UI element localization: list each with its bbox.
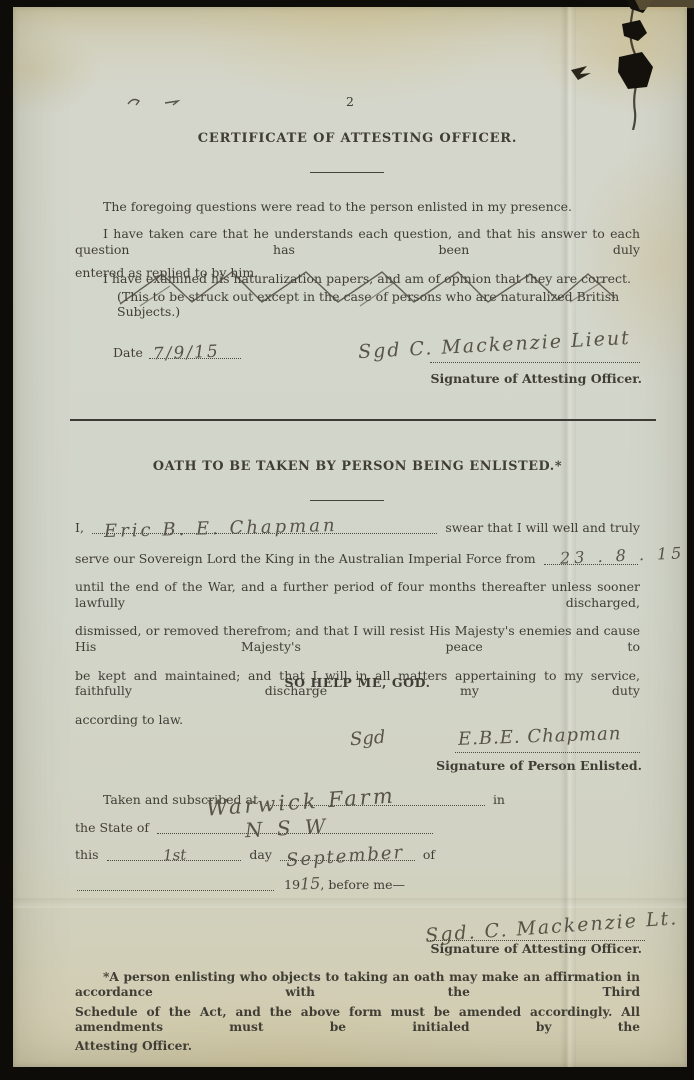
title-rule xyxy=(310,172,384,173)
page-number: 2 xyxy=(13,94,687,110)
day-label: day xyxy=(249,847,272,863)
footnote-line1: *A person enlisting who objects to takin… xyxy=(75,970,640,1001)
year-printed: 19 xyxy=(284,877,300,893)
officer-signature2-label: Signature of Attesting Officer. xyxy=(431,941,643,957)
year-row: 19 15 , before me— xyxy=(75,874,405,893)
state-label: the State of xyxy=(75,820,149,836)
year-fill xyxy=(75,878,276,893)
oath-serve-text: serve our Sovereign Lord the King in the… xyxy=(75,551,536,567)
paragraph-care-line1: I have taken care that he understands ea… xyxy=(75,226,640,257)
date-label: Date xyxy=(113,345,143,361)
strikeout-scribble xyxy=(110,262,640,310)
name-fill: Eric B. E. Chapman xyxy=(90,521,439,536)
day-month-row: this 1st day September of xyxy=(75,847,435,863)
oath-line-serve: serve our Sovereign Lord the King in the… xyxy=(75,551,640,567)
year-dotted-line xyxy=(77,890,274,891)
state-row: the State of N S W xyxy=(75,820,435,836)
certificate-title: CERTIFICATE OF ATTESTING OFFICER. xyxy=(75,131,640,147)
taken-row: Taken and subscribed at Warwick Farm in xyxy=(75,792,505,808)
officer-signature-label: Signature of Attesting Officer. xyxy=(431,371,643,387)
state-fill: N S W xyxy=(155,821,435,836)
footnote-line3: Attesting Officer. xyxy=(75,1039,640,1054)
section-divider-rule xyxy=(70,419,656,421)
oath-body-line2: dismissed, or removed therefrom; and tha… xyxy=(75,623,640,654)
oath-line-opening: I, Eric B. E. Chapman swear that I will … xyxy=(75,520,640,536)
oath-body: until the end of the War, and a further … xyxy=(75,579,640,727)
day-handwritten: 1st xyxy=(162,845,186,864)
officer-signature-dotted-line xyxy=(430,362,640,363)
date-row: Date 7/9/15 xyxy=(113,345,243,361)
so-help-me-god: SO HELP ME, GOD. xyxy=(75,675,640,691)
before-me-text: , before me— xyxy=(320,877,405,893)
taken-suffix: in xyxy=(493,792,505,808)
from-date-fill: 23 . 8 . 15 xyxy=(542,552,640,567)
paragraph-presence: The foregoing questions were read to the… xyxy=(75,199,640,215)
scanned-document-page: 2 CERTIFICATE OF ATTESTING OFFICER. The … xyxy=(0,0,694,1080)
date-fill: 7/9/15 xyxy=(147,346,243,361)
oath-title-rule xyxy=(310,500,384,501)
of-label: of xyxy=(423,847,435,863)
footnote-line2: Schedule of the Act, and the above form … xyxy=(75,1005,640,1036)
sgd-handwritten: Sgd xyxy=(349,727,386,750)
state-handwritten: N S W xyxy=(244,813,330,841)
month-fill: September xyxy=(278,848,417,863)
taken-fill: Warwick Farm xyxy=(264,793,487,808)
oath-title: OATH TO BE TAKEN BY PERSON BEING ENLISTE… xyxy=(75,459,640,475)
person-signature-label: Signature of Person Enlisted. xyxy=(436,758,642,774)
person-signature-dotted-line xyxy=(455,752,640,753)
year-handwritten: 15 xyxy=(300,874,321,894)
oath-body-line1: until the end of the War, and a further … xyxy=(75,579,640,610)
date-handwritten: 7/9/15 xyxy=(153,341,221,364)
day-fill: 1st xyxy=(105,848,244,863)
oath-swear-text: swear that I will well and truly xyxy=(445,520,640,536)
this-label: this xyxy=(75,847,99,863)
torn-corner-graphic xyxy=(534,0,694,130)
oath-opening: I, xyxy=(75,520,84,536)
footnote: *A person enlisting who objects to takin… xyxy=(75,970,640,1054)
